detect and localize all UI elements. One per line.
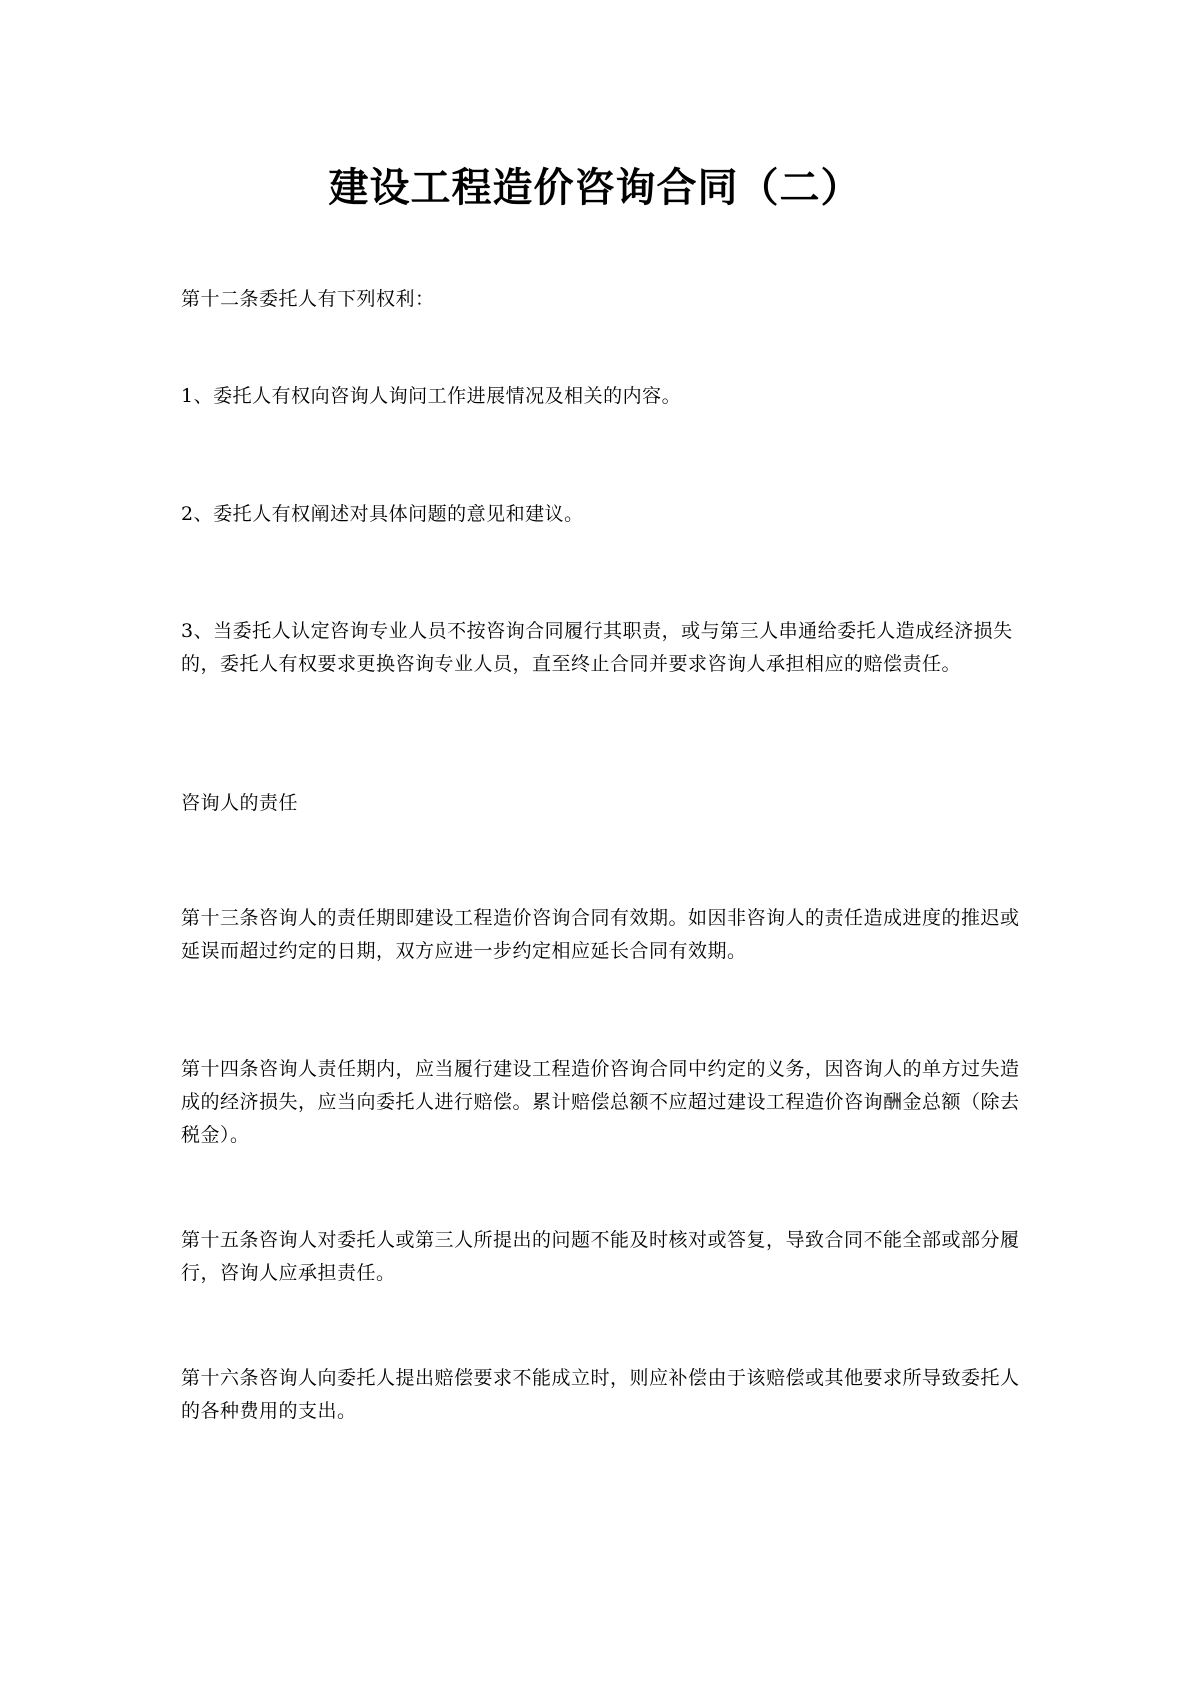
clause-12-heading: 第十二条委托人有下列权利： <box>181 283 1021 316</box>
clause-14: 第十四条咨询人责任期内，应当履行建设工程造价咨询合同中约定的义务，因咨询人的单方… <box>181 1053 1021 1152</box>
clause-12-item-3: 3、当委托人认定咨询专业人员不按咨询合同履行其职责，或与第三人串通给委托人造成经… <box>181 615 1021 681</box>
clause-16: 第十六条咨询人向委托人提出赔偿要求不能成立时，则应补偿由于该赔偿或其他要求所导致… <box>181 1362 1021 1428</box>
clause-12-item-1: 1、委托人有权向咨询人询问工作进展情况及相关的内容。 <box>181 380 1021 413</box>
section-heading-consultant-liability: 咨询人的责任 <box>181 787 1021 820</box>
document-title: 建设工程造价咨询合同（二） <box>0 160 1190 216</box>
clause-15: 第十五条咨询人对委托人或第三人所提出的问题不能及时核对或答复，导致合同不能全部或… <box>181 1224 1021 1290</box>
clause-12-item-2: 2、委托人有权阐述对具体问题的意见和建议。 <box>181 498 1021 531</box>
clause-13: 第十三条咨询人的责任期即建设工程造价咨询合同有效期。如因非咨询人的责任造成进度的… <box>181 902 1021 968</box>
